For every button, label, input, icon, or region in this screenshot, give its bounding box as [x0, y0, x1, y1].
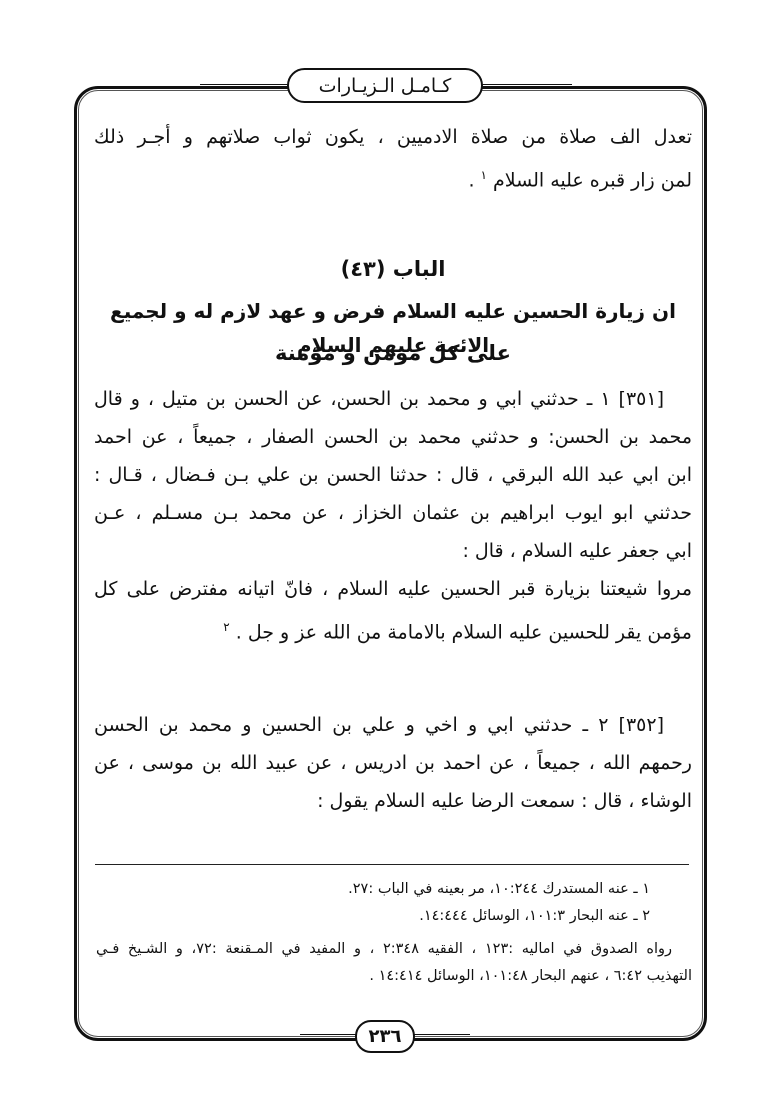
text-line: رحمهم الله ، جميعاً ، عن احمد بن ادريس ،… — [94, 744, 692, 782]
chapter-title-line-2: على كل مؤمن و مؤمنة — [94, 336, 692, 370]
hadith-352: [٣٥٢] ٢ ـ حدثني ابي و اخي و علي بن الحسي… — [94, 706, 692, 820]
footnotes: ١ ـ عنه المستدرك ١٠:٢٤٤، مر بعينه في الب… — [96, 876, 692, 990]
footnote-2: ٢ ـ عنه البحار ١٠١:٣، الوسائل ١٤:٤٤٤. — [96, 903, 692, 930]
footnote-1: ١ ـ عنه المستدرك ١٠:٢٤٤، مر بعينه في الب… — [96, 876, 692, 903]
text-line: [٣٥٢] ٢ ـ حدثني ابي و اخي و علي بن الحسي… — [94, 706, 692, 744]
footnote-2-cont: التهذيب ٦:٤٢ ، عنهم البحار ١٠١:٤٨، الوسا… — [96, 963, 692, 990]
footnote-ref: ١ — [481, 168, 487, 182]
quote-line: مؤمن يقر للحسين عليه السلام بالامامة من … — [94, 608, 692, 651]
running-header: كـامـل الـزيـارات — [287, 68, 483, 103]
text-line: محمد بن الحسن: و حدثني محمد بن الحسن الص… — [94, 418, 692, 456]
hadith-351: [٣٥١] ١ ـ حدثني ابي و محمد بن الحسن، عن … — [94, 380, 692, 651]
text-line: تعدل الف صلاة من صلاة الادميين ، يكون ثو… — [94, 118, 692, 156]
quote-line: مروا شيعتنا بزيارة قبر الحسين عليه السلا… — [94, 570, 692, 608]
chapter-number: الباب (٤٣) — [94, 252, 692, 286]
text-line: [٣٥١] ١ ـ حدثني ابي و محمد بن الحسن، عن … — [94, 380, 692, 418]
text-line: ابن ابي عبد الله البرقي ، قال : حدثنا ال… — [94, 456, 692, 494]
text-line: ابي جعفر عليه السلام ، قال : — [94, 532, 692, 570]
footnote-separator — [95, 864, 689, 865]
text-line: الوشاء ، قال : سمعت الرضا عليه السلام يق… — [94, 782, 692, 820]
header-rule-right — [482, 84, 572, 89]
footer-rule-right — [414, 1034, 470, 1039]
book-title: كـامـل الـزيـارات — [319, 75, 452, 97]
intro-paragraph: تعدل الف صلاة من صلاة الادميين ، يكون ثو… — [94, 118, 692, 199]
footnote-2-cont: رواه الصدوق في اماليه :١٢٣ ، الفقيه ٢:٣٤… — [96, 936, 692, 963]
footnote-ref: ٢ — [223, 620, 229, 634]
footer-rule-left — [300, 1034, 356, 1039]
page-number: ٢٣٦ — [355, 1020, 415, 1053]
text-line: لمن زار قبره عليه السلام ١ . — [94, 156, 692, 199]
header-rule-left — [200, 84, 288, 89]
text-line: حدثني ابو ايوب ابراهيم بن عثمان الخزاز ،… — [94, 494, 692, 532]
